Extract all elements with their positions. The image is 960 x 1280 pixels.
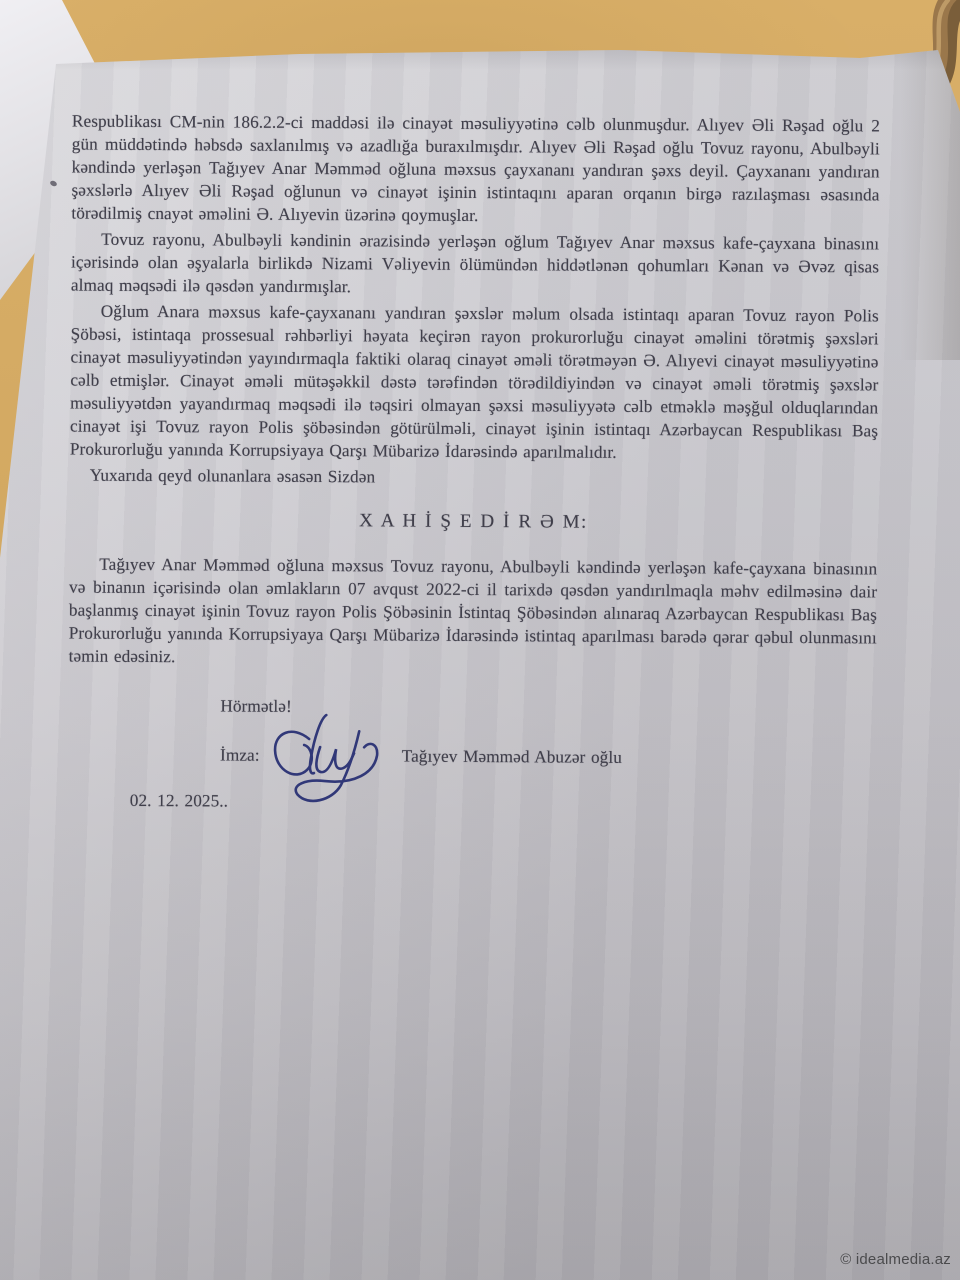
request-heading: X A H İ Ş E D İ R Ə M: — [69, 508, 877, 536]
paragraph-2: Tovuz rayonu, Abulbəyli kəndinin ərazisi… — [71, 228, 879, 302]
document-date: 02. 12. 2025.. — [130, 789, 876, 817]
signature-scribble — [261, 713, 388, 806]
request-paragraph: Tağıyev Anar Məmməd oğluna məxsus Tovuz … — [69, 553, 878, 673]
document-text-block: Respublikası CM-nin 186.2.2-ci maddəsi i… — [68, 110, 880, 817]
request-intro-line: Yuxarıda qeyd olunanlara əsasən Sizdən — [70, 464, 878, 492]
document-paper: Respublikası CM-nin 186.2.2-ci maddəsi i… — [0, 0, 960, 1280]
signature-label: İmza: — [220, 743, 260, 766]
paragraph-3: Oğlum Anara məxsus kafe-çayxananı yandır… — [70, 300, 879, 466]
paragraph-1: Respublikası CM-nin 186.2.2-ci maddəsi i… — [71, 110, 880, 230]
signatory-name: Tağıyev Məmməd Abuzər oğlu — [402, 744, 622, 768]
photo-scene: Respublikası CM-nin 186.2.2-ci maddəsi i… — [0, 0, 960, 1280]
signature-row: İmza: Tağıyev Məmməd Abuzər oğlu — [220, 729, 876, 783]
watermark-credit: © idealmedia.az — [840, 1251, 951, 1268]
paper-right-shadow — [890, 40, 960, 360]
ink-speck — [49, 180, 57, 187]
